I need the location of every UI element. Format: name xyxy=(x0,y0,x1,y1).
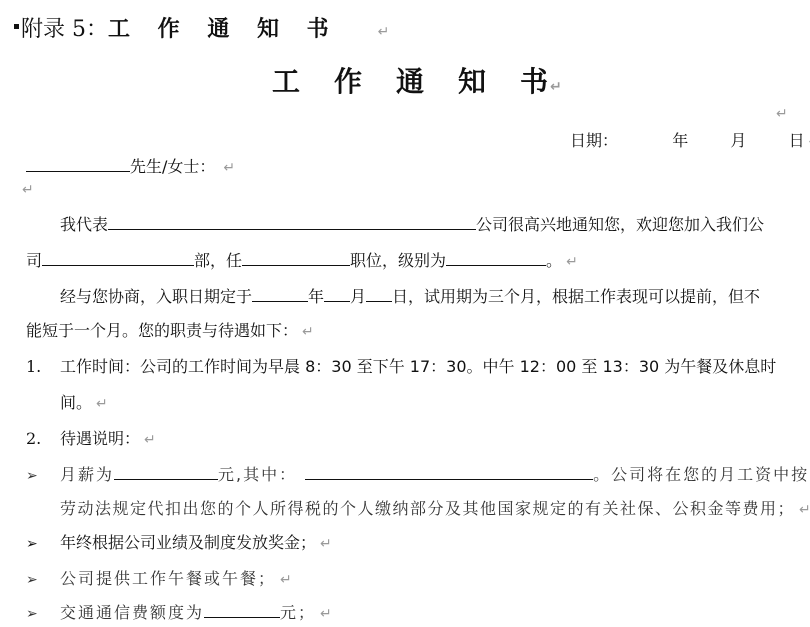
title-text: 工作通知书 xyxy=(272,65,582,98)
bullet-salary: ➢月薪为元,其中：。公司将在您的月工资中按 xyxy=(26,462,809,485)
para1-line2: 司部，任职位，级别为。↵ xyxy=(26,248,578,271)
item-number: 1. xyxy=(26,357,60,376)
salary-start: 月薪为 xyxy=(60,465,114,484)
paragraph-mark-icon: ↵ xyxy=(799,502,810,518)
appendix-prefix: 附录 5： xyxy=(21,17,108,42)
arrow-bullet-icon: ➢ xyxy=(26,606,60,622)
para1-dept: 部，任 xyxy=(194,251,242,270)
paragraph-mark-icon: ↵ xyxy=(302,324,314,340)
name-blank[interactable] xyxy=(26,156,130,172)
paragraph-mark-icon: ↵ xyxy=(144,432,156,448)
paragraph-mark-icon: ↵ xyxy=(223,160,235,176)
start-month-blank[interactable] xyxy=(324,286,350,302)
salary-blank[interactable] xyxy=(114,464,218,480)
appendix-title: 工 作 通 知 书 xyxy=(108,17,339,42)
date-day: 日 xyxy=(789,131,805,150)
paragraph-mark-icon: ↵ xyxy=(22,182,34,198)
document-title: 工作通知书↵ xyxy=(272,60,562,100)
para2-line2: 能短于一个月。您的职责与待遇如下：↵ xyxy=(26,318,314,341)
transport-start: 交通通信费额度为 xyxy=(60,603,204,622)
bullet-salary-cont: 劳动法规定代扣出您的个人所得税的个人缴纳部分及其他国家规定的有关社保、公积金等费… xyxy=(60,496,810,519)
transport-blank[interactable] xyxy=(204,602,280,618)
company-blank[interactable] xyxy=(108,214,476,230)
para2-line2-text: 能短于一个月。您的职责与待遇如下： xyxy=(26,321,298,340)
bullet-transport: ➢交通通信费额度为元；↵ xyxy=(26,600,334,623)
start-year-blank[interactable] xyxy=(252,286,308,302)
bullet-meal: ➢公司提供工作午餐或午餐；↵ xyxy=(26,566,294,589)
salary-breakdown-blank[interactable] xyxy=(305,464,593,480)
para1-end: 。 xyxy=(546,251,562,270)
item-2: 2.待遇说明：↵ xyxy=(26,426,156,449)
salutation-text: 先生/女士： xyxy=(130,157,215,176)
square-bullet-icon xyxy=(14,24,19,29)
para2-day-rest: 日，试用期为三个月，根据工作表现可以提前，但不 xyxy=(392,287,760,306)
start-day-blank[interactable] xyxy=(366,286,392,302)
para2-month: 月 xyxy=(350,287,366,306)
item-1-line1: 工作时间：公司的工作时间为早晨 8：30 至下午 17：30。中午 12：00 … xyxy=(60,357,776,376)
paragraph-mark-icon: ↵ xyxy=(566,254,578,270)
department-blank[interactable] xyxy=(42,250,194,266)
salary-end: 。公司将在您的月工资中按 xyxy=(593,465,809,484)
arrow-bullet-icon: ➢ xyxy=(26,572,60,588)
date-year: 年 xyxy=(672,131,688,150)
para1-after-company: 公司很高兴地通知您，欢迎您加入我们公 xyxy=(476,215,764,234)
paragraph-mark-icon: ↵ xyxy=(320,606,334,622)
level-blank[interactable] xyxy=(446,250,546,266)
paragraph-mark-icon: ↵ xyxy=(378,24,390,40)
position-blank[interactable] xyxy=(242,250,350,266)
salary-mid: 元,其中： xyxy=(218,465,297,484)
para1-line1: 我代表公司很高兴地通知您，欢迎您加入我们公 xyxy=(60,212,764,235)
item-2-line1: 待遇说明： xyxy=(60,429,140,448)
para1-line2-start: 司 xyxy=(26,251,42,270)
para1-start: 我代表 xyxy=(60,215,108,234)
bonus-text: 年终根据公司业绩及制度发放奖金； xyxy=(60,533,316,552)
para2-line1: 经与您协商，入职日期定于年月日，试用期为三个月，根据工作表现可以提前，但不 xyxy=(60,284,760,307)
item-1: 1.工作时间：公司的工作时间为早晨 8：30 至下午 17：30。中午 12：0… xyxy=(26,354,776,377)
para2-year: 年 xyxy=(308,287,324,306)
salary-line2: 劳动法规定代扣出您的个人所得税的个人缴纳部分及其他国家规定的有关社保、公积金等费… xyxy=(60,499,795,518)
date-label: 日期： xyxy=(570,131,618,150)
item-1-line2: 间。 xyxy=(60,393,92,412)
arrow-bullet-icon: ➢ xyxy=(26,536,60,552)
transport-end: 元； xyxy=(280,603,316,622)
paragraph-mark-icon: ↵ xyxy=(320,536,332,552)
date-month: 月 xyxy=(730,131,746,150)
para1-position: 职位，级别为 xyxy=(350,251,446,270)
item-1-cont: 间。↵ xyxy=(60,390,108,413)
para2-start: 经与您协商，入职日期定于 xyxy=(60,287,252,306)
paragraph-mark-icon: ↵ xyxy=(96,396,108,412)
bullet-bonus: ➢年终根据公司业绩及制度发放奖金；↵ xyxy=(26,530,332,553)
paragraph-mark-icon: ↵ xyxy=(776,106,788,122)
date-line: 日期： 年 月 日↵ xyxy=(570,128,810,151)
paragraph-mark-icon: ↵ xyxy=(550,79,562,95)
meal-text: 公司提供工作午餐或午餐； xyxy=(60,569,276,588)
item-number: 2. xyxy=(26,429,60,448)
salutation-line: 先生/女士：↵ xyxy=(26,154,235,177)
arrow-bullet-icon: ➢ xyxy=(26,468,60,484)
appendix-heading: 附录 5：工 作 通 知 书 ↵ xyxy=(14,12,389,43)
paragraph-mark-icon: ↵ xyxy=(280,572,294,588)
